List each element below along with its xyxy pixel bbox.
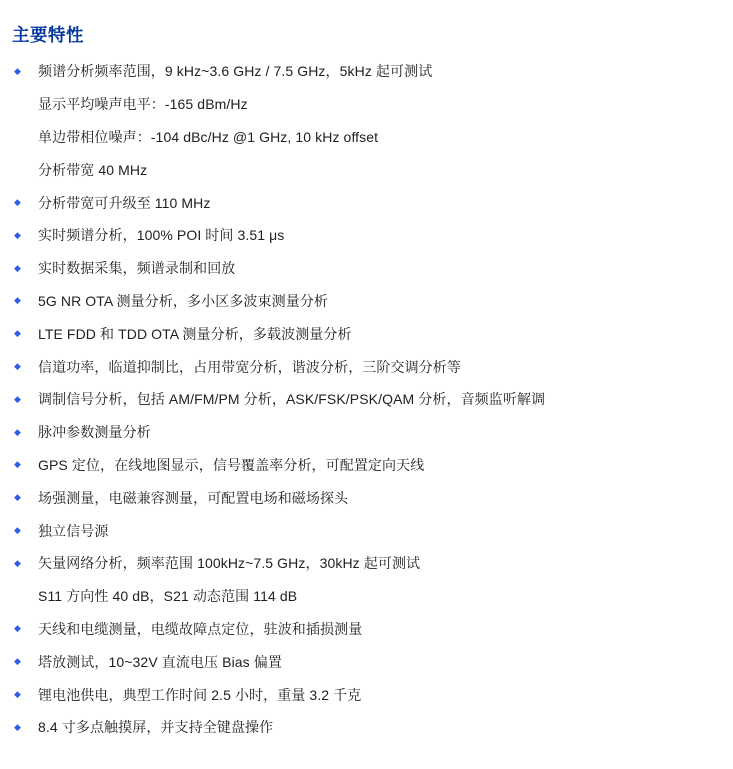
feature-item: ◆ 5G NR OTA 测量分析，多小区多波束测量分析	[0, 285, 733, 318]
bullet-diamond-icon: ◆	[14, 329, 38, 338]
bullet-diamond-icon: ◆	[14, 526, 38, 535]
feature-text: 频谱分析频率范围，9 kHz~3.6 GHz / 7.5 GHz，5kHz 起可…	[38, 61, 432, 81]
feature-text: LTE FDD 和 TDD OTA 测量分析，多载波测量分析	[38, 324, 352, 344]
bullet-diamond-icon: ◆	[14, 395, 38, 404]
document-page: 主要特性 ◆ 频谱分析频率范围，9 kHz~3.6 GHz / 7.5 GHz，…	[0, 0, 733, 769]
feature-text: 独立信号源	[38, 521, 109, 541]
feature-item: ◆ 矢量网络分析，频率范围 100kHz~7.5 GHz，30kHz 起可测试	[0, 547, 733, 580]
feature-text: 实时频谱分析，100% POI 时间 3.51 μs	[38, 225, 284, 245]
bullet-diamond-icon: ◆	[14, 296, 38, 305]
feature-text: 信道功率，临道抑制比，占用带宽分析，谐波分析，三阶交调分析等	[38, 357, 461, 377]
feature-item: ◆ 场强测量，电磁兼容测量，可配置电场和磁场探头	[0, 481, 733, 514]
feature-text: 场强测量，电磁兼容测量，可配置电场和磁场探头	[38, 488, 348, 508]
feature-text: 5G NR OTA 测量分析，多小区多波束测量分析	[38, 291, 328, 311]
bullet-diamond-icon: ◆	[14, 231, 38, 240]
feature-item: ◆ 信道功率，临道抑制比，占用带宽分析，谐波分析，三阶交调分析等	[0, 350, 733, 383]
feature-text: S11 方向性 40 dB，S21 动态范围 114 dB	[38, 586, 297, 606]
feature-continuation: 分析带宽 40 MHz	[0, 153, 733, 186]
feature-item: ◆ 8.4 寸多点触摸屏，并支持全键盘操作	[0, 711, 733, 744]
feature-item: ◆ 脉冲参数测量分析	[0, 416, 733, 449]
feature-text: 单边带相位噪声：-104 dBc/Hz @1 GHz, 10 kHz offse…	[38, 127, 378, 147]
bullet-diamond-icon: ◆	[14, 493, 38, 502]
feature-item: ◆ GPS 定位，在线地图显示，信号覆盖率分析，可配置定向天线	[0, 449, 733, 482]
bullet-diamond-icon: ◆	[14, 723, 38, 732]
bullet-diamond-icon: ◆	[14, 428, 38, 437]
feature-continuation: 单边带相位噪声：-104 dBc/Hz @1 GHz, 10 kHz offse…	[0, 121, 733, 154]
feature-item: ◆ 独立信号源	[0, 514, 733, 547]
feature-text: 天线和电缆测量，电缆故障点定位，驻波和插损测量	[38, 619, 362, 639]
feature-item: ◆ 分析带宽可升级至 110 MHz	[0, 186, 733, 219]
feature-continuation: 显示平均噪声电平：-165 dBm/Hz	[0, 88, 733, 121]
feature-item: ◆ 锂电池供电，典型工作时间 2.5 小时，重量 3.2 千克	[0, 678, 733, 711]
feature-item: ◆ 实时数据采集，频谱录制和回放	[0, 252, 733, 285]
bullet-diamond-icon: ◆	[14, 690, 38, 699]
feature-text: GPS 定位，在线地图显示，信号覆盖率分析，可配置定向天线	[38, 455, 424, 475]
feature-text: 锂电池供电，典型工作时间 2.5 小时，重量 3.2 千克	[38, 685, 361, 705]
feature-continuation: S11 方向性 40 dB，S21 动态范围 114 dB	[0, 580, 733, 613]
page-title: 主要特性	[12, 22, 84, 47]
bullet-diamond-icon: ◆	[14, 657, 38, 666]
bullet-diamond-icon: ◆	[14, 67, 38, 76]
feature-item: ◆ 天线和电缆测量，电缆故障点定位，驻波和插损测量	[0, 613, 733, 646]
feature-text: 实时数据采集，频谱录制和回放	[38, 258, 235, 278]
feature-text: 分析带宽 40 MHz	[38, 160, 147, 180]
feature-list: ◆ 频谱分析频率范围，9 kHz~3.6 GHz / 7.5 GHz，5kHz …	[0, 55, 733, 744]
feature-item: ◆ 频谱分析频率范围，9 kHz~3.6 GHz / 7.5 GHz，5kHz …	[0, 55, 733, 88]
bullet-diamond-icon: ◆	[14, 362, 38, 371]
feature-text: 8.4 寸多点触摸屏，并支持全键盘操作	[38, 717, 273, 737]
feature-item: ◆ 调制信号分析，包括 AM/FM/PM 分析，ASK/FSK/PSK/QAM …	[0, 383, 733, 416]
bullet-diamond-icon: ◆	[14, 198, 38, 207]
feature-text: 塔放测试，10~32V 直流电压 Bias 偏置	[38, 652, 282, 672]
bullet-diamond-icon: ◆	[14, 559, 38, 568]
bullet-diamond-icon: ◆	[14, 460, 38, 469]
feature-item: ◆ LTE FDD 和 TDD OTA 测量分析，多载波测量分析	[0, 317, 733, 350]
feature-text: 脉冲参数测量分析	[38, 422, 151, 442]
feature-text: 显示平均噪声电平：-165 dBm/Hz	[38, 94, 248, 114]
feature-text: 分析带宽可升级至 110 MHz	[38, 193, 210, 213]
feature-item: ◆ 塔放测试，10~32V 直流电压 Bias 偏置	[0, 645, 733, 678]
bullet-diamond-icon: ◆	[14, 264, 38, 273]
bullet-diamond-icon: ◆	[14, 624, 38, 633]
feature-text: 矢量网络分析，频率范围 100kHz~7.5 GHz，30kHz 起可测试	[38, 553, 420, 573]
feature-text: 调制信号分析，包括 AM/FM/PM 分析，ASK/FSK/PSK/QAM 分析…	[38, 389, 545, 409]
feature-item: ◆ 实时频谱分析，100% POI 时间 3.51 μs	[0, 219, 733, 252]
